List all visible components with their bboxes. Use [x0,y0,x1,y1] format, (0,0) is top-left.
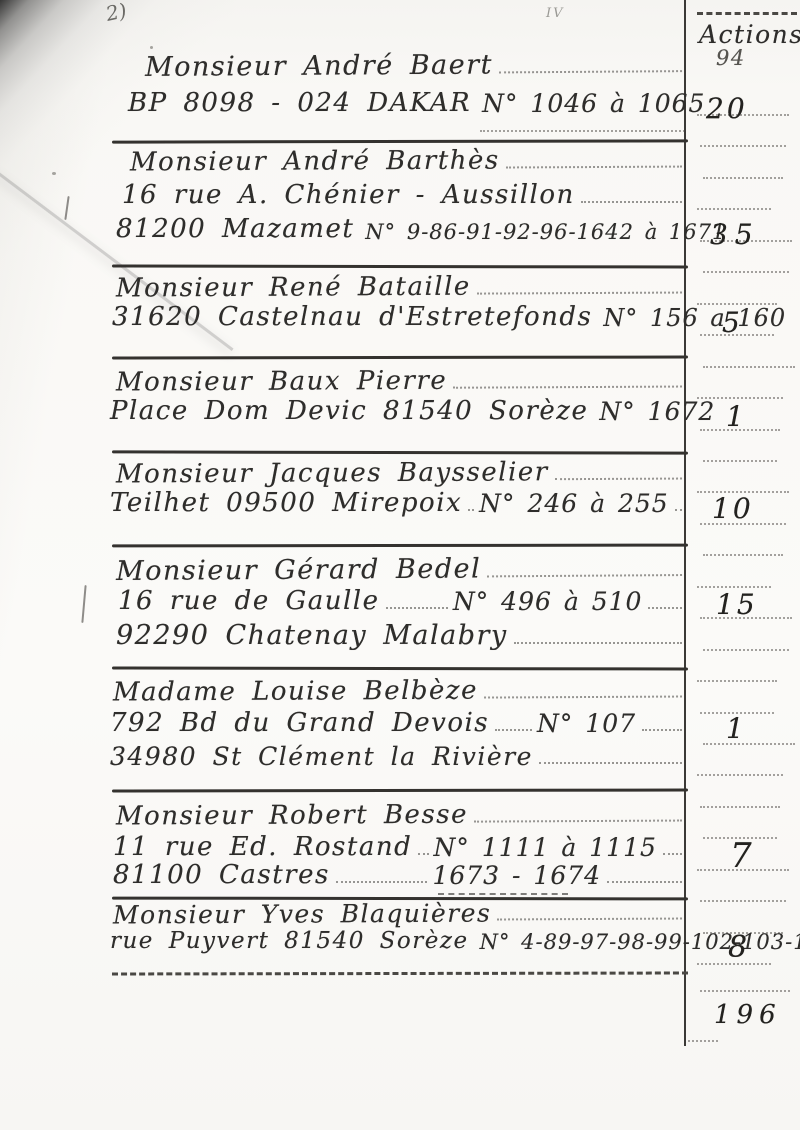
entry-line: 16 rue de Gaulle N° 496 à 510 [118,586,687,616]
faint-mark: IV [546,6,565,21]
page-total: 196 [714,1000,782,1030]
actions-count: 20 [706,92,748,125]
shareholder-name: Monsieur Baux Pierre [116,366,447,398]
entry-line: Place Dom Devic 81540 Sorèze N° 1672 [110,396,687,426]
actions-column-dotted-rule [703,554,783,556]
share-numbers: N° 1672 [599,397,715,426]
shareholder-address: 31620 Castelnau d'Estretefonds [112,302,592,332]
ink-stroke [81,585,86,623]
actions-column-dotted-rule [700,145,786,147]
entry-line: 792 Bd du Grand Devois N° 107 [110,708,687,738]
shareholder-address: Teilhet 09500 Mirepoix [110,488,462,518]
actions-column-dotted-rule [703,649,789,651]
shareholder-name: Monsieur Gérard Bedel [116,553,481,587]
entry-line: BP 8098 - 024 DAKAR N° 1046 à 1065 [128,88,687,118]
shareholder-name: Monsieur René Bataille [116,272,471,304]
actions-column-dotted-rule [700,806,780,808]
dotted-rule [675,509,682,511]
shareholder-name: Monsieur Robert Besse [116,800,468,832]
share-numbers: N° 246 à 255 [479,489,669,518]
share-numbers: N° 9-86-91-92-96-1642 à 1671 [365,220,726,244]
dotted-rule [499,70,682,73]
entry-line: Monsieur René Bataille [116,271,687,304]
ink-speck [52,172,56,175]
shareholder-name: Monsieur Jacques Baysselier [116,457,549,489]
dotted-rule [663,853,682,855]
actions-column-dotted-rule [697,774,783,776]
actions-column-dotted-rule [703,366,795,368]
dotted-rule [506,166,682,169]
entry-line: Monsieur André Barthès [130,145,687,178]
actions-column-header: Actions [699,20,800,49]
entry-line: Monsieur Jacques Baysselier [116,457,687,490]
actions-column-dotted-rule [697,208,771,210]
shareholder-address: 81200 Mazamet [116,214,354,244]
dotted-rule [642,729,682,731]
entry-line: rue Puyvert 81540 Sorèze N° 4-89-97-98-9… [110,928,687,954]
shareholder-address: 16 rue de Gaulle [118,586,380,616]
shareholder-name: Monsieur André Baert [145,49,493,82]
shareholder-name: Monsieur André Barthès [130,146,500,178]
shareholder-name: Monsieur Yves Blaquières [113,899,491,930]
row-divider [112,788,688,792]
actions-column-dotted-rule [700,990,790,992]
actions-count: 35 [710,218,760,251]
entry-line: Monsieur Robert Besse [116,799,687,832]
shareholder-address: BP 8098 - 024 DAKAR [128,88,471,118]
actions-count: 1 [726,400,747,433]
actions-count: 10 [712,492,754,525]
dotted-rule [336,881,428,883]
carried-total: 94 [716,46,746,70]
dotted-rule [497,918,682,921]
share-numbers: N° 4-89-97-98-99-102-103-113 [480,930,800,954]
dotted-rule [555,478,682,481]
shareholder-address: 16 rue A. Chénier - Aussillon [122,180,575,210]
dotted-rule [484,696,682,699]
dotted-rule [474,820,682,823]
actions-column-dotted-rule [697,680,777,682]
shareholder-address: 792 Bd du Grand Devois [110,708,489,738]
shareholder-address: Place Dom Devic 81540 Sorèze [110,396,588,426]
actions-column-dotted-rule [703,743,795,745]
entry-line: 81100 Castres 1673 - 1674 [113,860,687,890]
shareholder-address: 34980 St Clément la Rivière [110,742,533,771]
actions-column-dotted-rule [688,1040,718,1042]
row-divider-dashed [112,971,688,975]
row-divider [112,355,688,359]
dotted-rule [480,130,685,132]
entry-line: Madame Louise Belbèze [113,674,687,707]
entry-line: 92290 Chatenay Malabry [116,620,687,651]
dotted-rule [487,574,682,577]
actions-column-dotted-rule [703,271,789,273]
actions-column-dotted-rule [703,460,777,462]
share-numbers: N° 1111 à 1115 [434,833,657,862]
actions-count: 15 [716,588,758,621]
actions-count: 8 [728,930,750,965]
entry-line: 34980 St Clément la Rivière [110,742,687,771]
actions-column-dotted-rule [703,177,783,179]
entry-line: 31620 Castelnau d'Estretefonds N° 156 a … [112,302,687,332]
dotted-rule [539,762,682,764]
dotted-rule [468,509,474,511]
actions-count: 1 [726,712,747,745]
dotted-rule [386,607,448,609]
dotted-rule [418,853,428,855]
share-numbers: N° 156 a 160 [603,304,786,332]
header-underline [697,12,797,15]
entry-line: 11 rue Ed. Rostand N° 1111 à 1115 [113,832,687,862]
shareholder-address: 11 rue Ed. Rostand [113,832,412,862]
shareholder-address: rue Puyvert 81540 Sorèze [110,928,469,954]
shareholder-address: 81100 Castres [113,860,330,890]
ink-stroke [64,196,69,220]
entry-line: Monsieur Yves Blaquières [113,897,687,929]
row-divider [112,264,688,268]
share-numbers: N° 1046 à 1065 [482,89,705,118]
entry-line: Monsieur André Baert [145,48,687,83]
entry-line: 16 rue A. Chénier - Aussillon [122,180,687,210]
entry-line: Teilhet 09500 Mirepoix N° 246 à 255 [110,488,687,518]
row-divider [112,139,688,143]
entry-line: 81200 Mazamet N° 9-86-91-92-96-1642 à 16… [116,214,687,244]
actions-column-dotted-rule [700,900,786,902]
share-numbers: N° 496 à 510 [453,587,643,616]
dotted-rule [514,642,682,644]
row-divider [112,544,688,547]
dotted-rule [495,729,532,731]
actions-count: 5 [722,306,743,339]
ink-speck [150,46,153,49]
numbers-underline [438,893,568,895]
scanned-ledger-page: 2) IV Actions 94 Monsieur André Baert BP… [0,0,800,1130]
actions-count: 7 [730,836,755,876]
dotted-rule [581,201,682,203]
entry-line: Monsieur Gérard Bedel [116,552,687,587]
share-numbers: 1673 - 1674 [432,861,601,890]
shareholder-name: Madame Louise Belbèze [113,676,478,708]
row-divider [112,450,688,454]
dotted-rule [453,386,682,389]
page-number-mark: 2) [104,0,129,26]
dotted-rule [648,607,682,609]
dotted-rule [607,881,682,883]
shareholder-address: 92290 Chatenay Malabry [116,620,508,651]
dotted-rule [477,292,682,295]
entry-line: Monsieur Baux Pierre [116,365,687,398]
share-numbers: N° 107 [537,709,636,738]
row-divider [112,666,688,670]
